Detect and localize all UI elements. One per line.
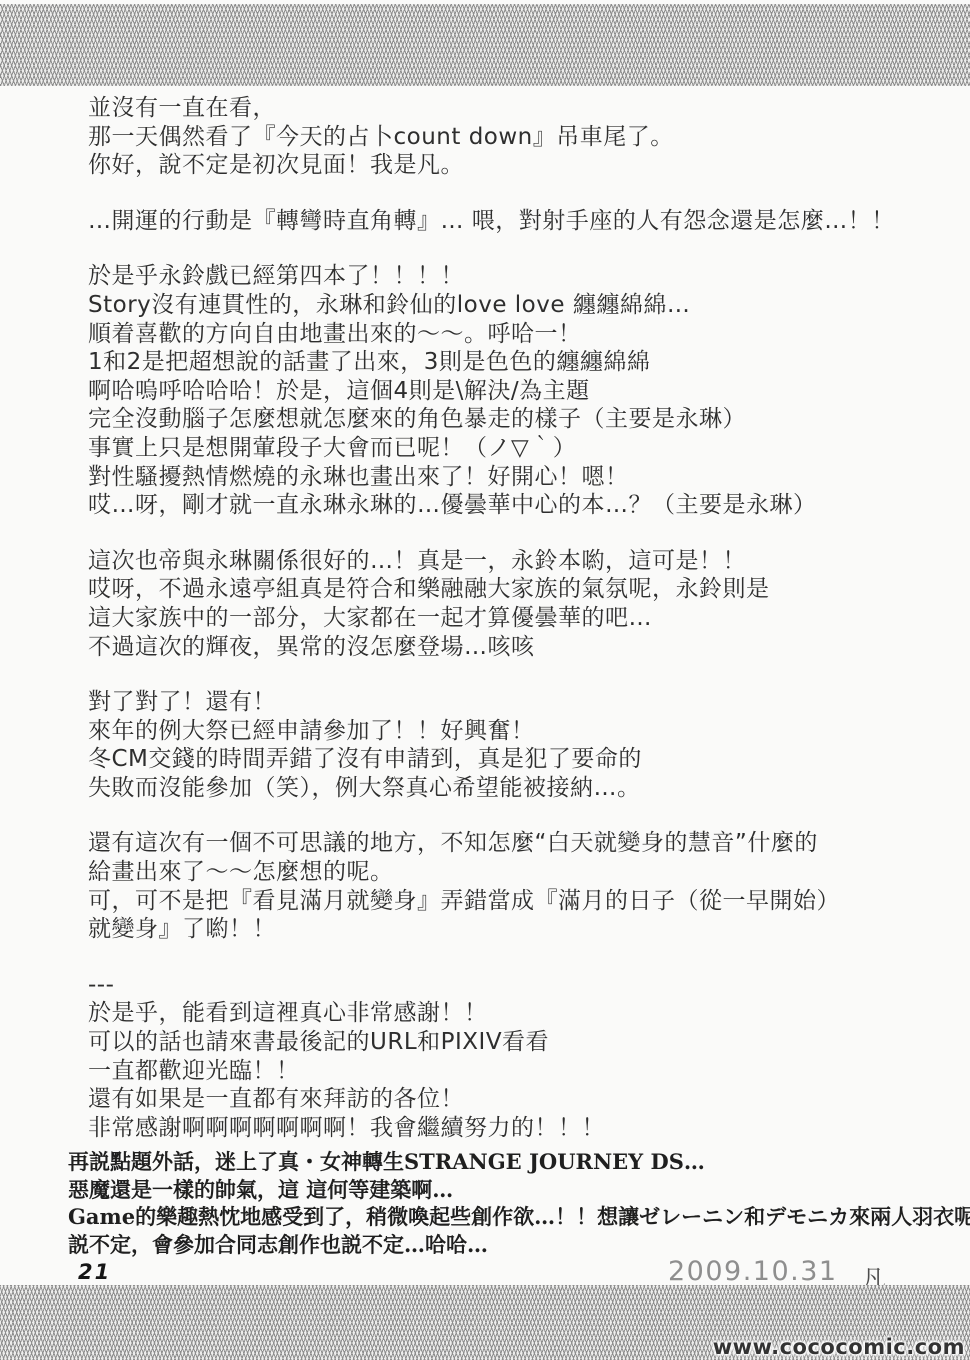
scanned-afterword-page: 並沒有一直在看，那一天偶然看了『今天的占卜count down』吊車尾了。你好，… [0, 0, 970, 1360]
text-line: 你好，說不定是初次見面！我是凡。 [88, 151, 970, 180]
paragraph: 這次也帝與永琳關係很好的…！真是一，永鈴本喲，這可是！！哎呀，不過永遠亭組真是符… [0, 547, 970, 661]
text-line: 事實上只是想開葷段子大會而已呢！（ノ▽｀） [88, 434, 970, 463]
paragraph: 對了對了！還有！來年的例大祭已經申請參加了！！好興奮！冬CM交錢的時間弄錯了沒有… [0, 688, 970, 802]
paragraph: ---於是乎，能看到這裡真心非常感謝！！可以的話也請來書最後記的URL和PIXI… [0, 971, 970, 1143]
paragraph: …開運的行動是『轉彎時直角轉』… 喂，對射手座的人有怨念還是怎麼…！！ [0, 207, 970, 236]
text-line: 啊哈嗚呼哈哈哈！於是，這個4則是\解決/為主題 [88, 377, 970, 406]
text-line: 就變身』了喲！！ [88, 915, 970, 944]
postscript-line: Game的樂趣熱忱地感受到了，稍微喚起些創作欲…！！想讓ゼレーニン和デモニカ來兩… [68, 1203, 970, 1231]
text-line: 對了對了！還有！ [88, 688, 970, 717]
page-footer: 21 2009.10.31 凡 [0, 1256, 970, 1286]
afterword-text-body: 並沒有一直在看，那一天偶然看了『今天的占卜count down』吊車尾了。你好，… [0, 94, 970, 1169]
text-line: 完全沒動腦子怎麼想就怎麼來的角色暴走的樣子（主要是永琳） [88, 405, 970, 434]
paragraph: 還有這次有一個不可思議的地方，不知怎麼“白天就變身的慧音”什麼的給畫出來了～～怎… [0, 829, 970, 943]
text-line: Story沒有連貫性的，永琳和鈴仙的love love 纏纏綿綿… [88, 291, 970, 320]
text-line: 那一天偶然看了『今天的占卜count down』吊車尾了。 [88, 123, 970, 152]
paragraph: 於是乎永鈴戲已經第四本了！！！！Story沒有連貫性的，永琳和鈴仙的love l… [0, 262, 970, 519]
text-line: 不過這次的輝夜，異常的沒怎麼登場…咳咳 [88, 633, 970, 662]
postscript-line: 説不定，會參加合同志創作也説不定…哈哈… [68, 1231, 970, 1259]
text-line: 1和2是把超想說的話畫了出來，3則是色色的纏纏綿綿 [88, 348, 970, 377]
top-decoration-band [0, 4, 970, 86]
text-line: 來年的例大祭已經申請參加了！！好興奮！ [88, 717, 970, 746]
text-line: 這大家族中的一部分，大家都在一起才算優曇華的吧… [88, 604, 970, 633]
text-line: 一直都歡迎光臨！！ [88, 1057, 970, 1086]
text-line: 並沒有一直在看， [88, 94, 970, 123]
text-line: --- [88, 971, 970, 1000]
bottom-decoration-band: www.cococomic.com [0, 1285, 970, 1360]
text-line: 哎…呀，剛才就一直永琳永琳的…優曇華中心的本…？（主要是永琳） [88, 491, 970, 520]
text-line: 還有如果是一直都有來拜訪的各位！ [88, 1085, 970, 1114]
text-line: 可，可不是把『看見滿月就變身』弄錯當成『滿月的日子（從一早開始） [88, 887, 970, 916]
text-line: …開運的行動是『轉彎時直角轉』… 喂，對射手座的人有怨念還是怎麼…！！ [88, 207, 970, 236]
site-watermark: www.cococomic.com [713, 1335, 965, 1359]
text-line: 還有這次有一個不可思議的地方，不知怎麼“白天就變身的慧音”什麼的 [88, 829, 970, 858]
text-line: 冬CM交錢的時間弄錯了沒有申請到，真是犯了要命的 [88, 745, 970, 774]
text-line: 對性騷擾熱情燃燒的永琳也畫出來了！好開心！嗯！ [88, 463, 970, 492]
page-number: 21 [78, 1260, 111, 1284]
text-line: 這次也帝與永琳關係很好的…！真是一，永鈴本喲，這可是！！ [88, 547, 970, 576]
postscript-line: 再説點題外話，迷上了真・女神轉生STRANGE JOURNEY DS… [68, 1148, 970, 1176]
text-line: 非常感謝啊啊啊啊啊啊啊！我會繼續努力的！！！ [88, 1114, 970, 1143]
text-line: 於是乎永鈴戲已經第四本了！！！！ [88, 262, 970, 291]
text-line: 哎呀，不過永遠亭組真是符合和樂融融大家族的氣氛呢，永鈴則是 [88, 575, 970, 604]
text-line: 可以的話也請來書最後記的URL和PIXIV看看 [88, 1028, 970, 1057]
text-line: 於是乎，能看到這裡真心非常感謝！！ [88, 999, 970, 1028]
text-line: 失敗而沒能參加（笑），例大祭真心希望能被接納…。 [88, 774, 970, 803]
date-text: 2009.10.31 [668, 1256, 838, 1287]
postscript-note: 再説點題外話，迷上了真・女神轉生STRANGE JOURNEY DS…惡魔還是一… [0, 1148, 970, 1258]
text-line: 順着喜歡的方向自由地畫出來的～～。呼哈一！ [88, 320, 970, 349]
postscript-line: 惡魔還是一樣的帥氣，這 這何等建築啊… [68, 1176, 970, 1204]
paragraph: 並沒有一直在看，那一天偶然看了『今天的占卜count down』吊車尾了。你好，… [0, 94, 970, 180]
text-line: 給畫出來了～～怎麼想的呢。 [88, 858, 970, 887]
